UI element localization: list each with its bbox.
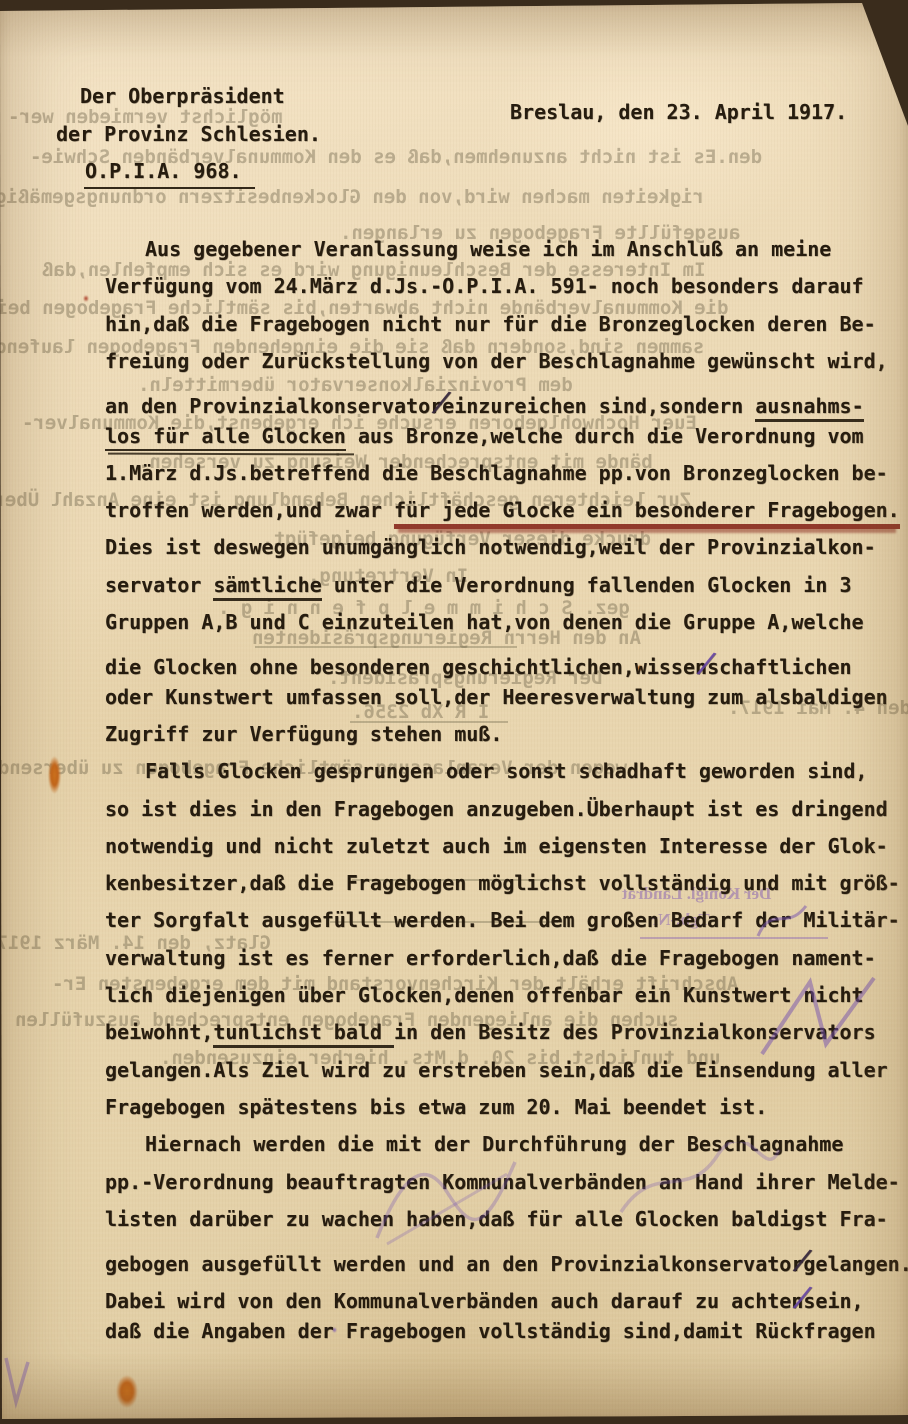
text-run: beiwohnt, — [105, 1020, 213, 1044]
bleedthrough-line: rigkeiten machen wird,von den Glockenbes… — [0, 186, 704, 207]
file-number: O.P.I.A. 968. — [84, 159, 255, 183]
document-page: möglichst vermieden wer-den.Es ist nicht… — [0, 0, 908, 1424]
file-number-text: O.P.I.A. 968. — [84, 159, 255, 189]
typewritten-line: beiwohnt,tunlichst bald in den Besitz de… — [105, 1020, 876, 1044]
typewritten-line: troffen werden,und zwar für jede Glocke … — [105, 498, 900, 522]
typewritten-line: pp.-Verordnung beauftragten Kommunalverb… — [105, 1170, 900, 1194]
typewritten-line: oder Kunstwert umfassen soll,der Heeresv… — [105, 685, 888, 709]
text-run: Falls Glocken gesprungen oder sonst scha… — [145, 759, 867, 783]
text-run: daß die Angaben der Fragebogen vollständ… — [105, 1319, 876, 1343]
text-run: Aus gegebener Veranlassung weise ich im … — [145, 237, 831, 261]
typewritten-line: lich diejenigen über Glocken,denen offen… — [105, 983, 864, 1007]
text-run: notwendig und nicht zuletzt auch im eige… — [105, 834, 888, 858]
text-run: Zugriff zur Verfügung stehen muß. — [105, 722, 502, 746]
dateline: Breslau, den 23. April 1917. — [510, 100, 847, 124]
red-ink-fleck — [83, 295, 89, 302]
typewritten-line: an den Provinzialkonservator/einzureiche… — [105, 386, 864, 421]
rust-stain — [116, 1375, 138, 1408]
typewritten-line: Dabei wird von den Kommunalverbänden auc… — [105, 1281, 864, 1316]
typewritten-line: so ist dies in den Fragebogen anzugeben.… — [105, 797, 888, 821]
text-run: die Glocken ohne besonderen geschichtlic… — [105, 655, 707, 679]
text-run: oder Kunstwert umfassen soll,der Heeresv… — [105, 685, 888, 709]
text-run: Fragebogen spätestens bis etwa zum 20. M… — [105, 1095, 767, 1119]
text-run: ter Sorgfalt ausgefüllt werden. Bei dem … — [105, 908, 900, 932]
text-run: so ist dies in den Fragebogen anzugeben.… — [105, 797, 888, 821]
text-run: freiung oder Zurückstellung von der Besc… — [105, 349, 888, 373]
underlined-text: sämtliche — [213, 573, 321, 601]
text-run: Dabei wird von den Kommunalverbänden auc… — [105, 1289, 803, 1313]
text-run: gelangen. — [803, 1252, 908, 1276]
typewritten-line: daß die Angaben der Fragebogen vollständ… — [105, 1319, 876, 1343]
sender-name: Der Oberpräsident — [80, 84, 285, 108]
text-run: an den Provinzialkonservator — [105, 394, 442, 418]
typewritten-line: Gruppen A,B und C einzuteilen hat,von de… — [105, 610, 864, 634]
typewritten-line: die Glocken ohne besonderen geschichtlic… — [105, 647, 852, 682]
scanned-letter-screenshot: { "page": { "kind": "typewritten letter,… — [0, 0, 908, 1424]
typewritten-line: Falls Glocken gesprungen oder sonst scha… — [145, 759, 867, 783]
typewritten-line: Verfügung vom 24.März d.Js.-O.P.I.A. 591… — [105, 274, 864, 298]
text-run: Hiernach werden die mit der Durchführung… — [145, 1132, 843, 1156]
text-run: in den Besitz des Provinzialkonservators — [394, 1020, 876, 1044]
text-run: 1.März d.Js.betreffend die Beschlagnahme… — [105, 461, 888, 485]
typewritten-line: freiung oder Zurückstellung von der Besc… — [105, 349, 888, 373]
sender-province: der Provinz Schlesien. — [56, 122, 321, 146]
underlined-text: los für alle Glocken — [105, 424, 346, 451]
text-run: Verfügung vom 24.März d.Js.-O.P.I.A. 591… — [105, 274, 864, 298]
typewritten-line: Dies ist deswegen unumgänglich notwendig… — [105, 535, 876, 559]
typewritten-line: 1.März d.Js.betreffend die Beschlagnahme… — [105, 461, 888, 485]
text-run: gelangen.Als Ziel wird zu erstreben sein… — [105, 1058, 888, 1082]
typewritten-line: ter Sorgfalt ausgefüllt werden. Bei dem … — [105, 908, 900, 932]
text-run: verwaltung ist es ferner erforderlich,da… — [105, 946, 876, 970]
text-run: einzureichen sind,sondern — [442, 394, 755, 418]
red-underlined-text: für jede Glocke ein besonderer Frageboge… — [394, 498, 900, 529]
typewritten-line: servator sämtliche unter die Verordnung … — [105, 573, 852, 597]
typewritten-line: Zugriff zur Verfügung stehen muß. — [105, 722, 502, 746]
text-run: servator — [105, 573, 213, 597]
text-run: pp.-Verordnung beauftragten Kommunalverb… — [105, 1170, 900, 1194]
typewritten-line: gelangen.Als Ziel wird zu erstreben sein… — [105, 1058, 888, 1082]
typewritten-line: listen darüber zu wachen haben,daß für a… — [105, 1207, 888, 1231]
text-run: schaftlichen — [707, 655, 852, 679]
underlined-text: tunlichst bald — [213, 1020, 394, 1048]
text-run: listen darüber zu wachen haben,daß für a… — [105, 1207, 888, 1231]
text-run: aus Bronze,welche durch die Verordnung v… — [346, 424, 864, 448]
text-run: troffen werden,und zwar — [105, 498, 394, 522]
typewritten-line: kenbesitzer,daß die Fragebogen möglichst… — [105, 871, 900, 895]
text-run: Dies ist deswegen unumgänglich notwendig… — [105, 535, 876, 559]
typewritten-line: gebogen ausgefüllt werden und an den Pro… — [105, 1244, 908, 1279]
typewritten-line: hin,daß die Fragebogen nicht nur für die… — [105, 312, 876, 336]
bleedthrough-underline — [640, 937, 828, 939]
text-run: Gruppen A,B und C einzuteilen hat,von de… — [105, 610, 864, 634]
text-run: gebogen ausgefüllt werden und an den Pro… — [105, 1252, 803, 1276]
typewritten-line: notwendig und nicht zuletzt auch im eige… — [105, 834, 888, 858]
underlined-text: ausnahms- — [755, 394, 863, 422]
text-run: kenbesitzer,daß die Fragebogen möglichst… — [105, 871, 900, 895]
typewritten-line: verwaltung ist es ferner erforderlich,da… — [105, 946, 876, 970]
text-run: hin,daß die Fragebogen nicht nur für die… — [105, 312, 876, 336]
typewritten-line: Aus gegebener Veranlassung weise ich im … — [145, 237, 831, 261]
rust-stain — [48, 756, 61, 794]
typewritten-line: Hiernach werden die mit der Durchführung… — [145, 1132, 843, 1156]
typewritten-line: los für alle Glocken aus Bronze,welche d… — [105, 424, 864, 448]
text-run: unter die Verordnung fallenden Glocken i… — [322, 573, 852, 597]
text-run: lich diejenigen über Glocken,denen offen… — [105, 983, 864, 1007]
typewritten-line: Fragebogen spätestens bis etwa zum 20. M… — [105, 1095, 767, 1119]
